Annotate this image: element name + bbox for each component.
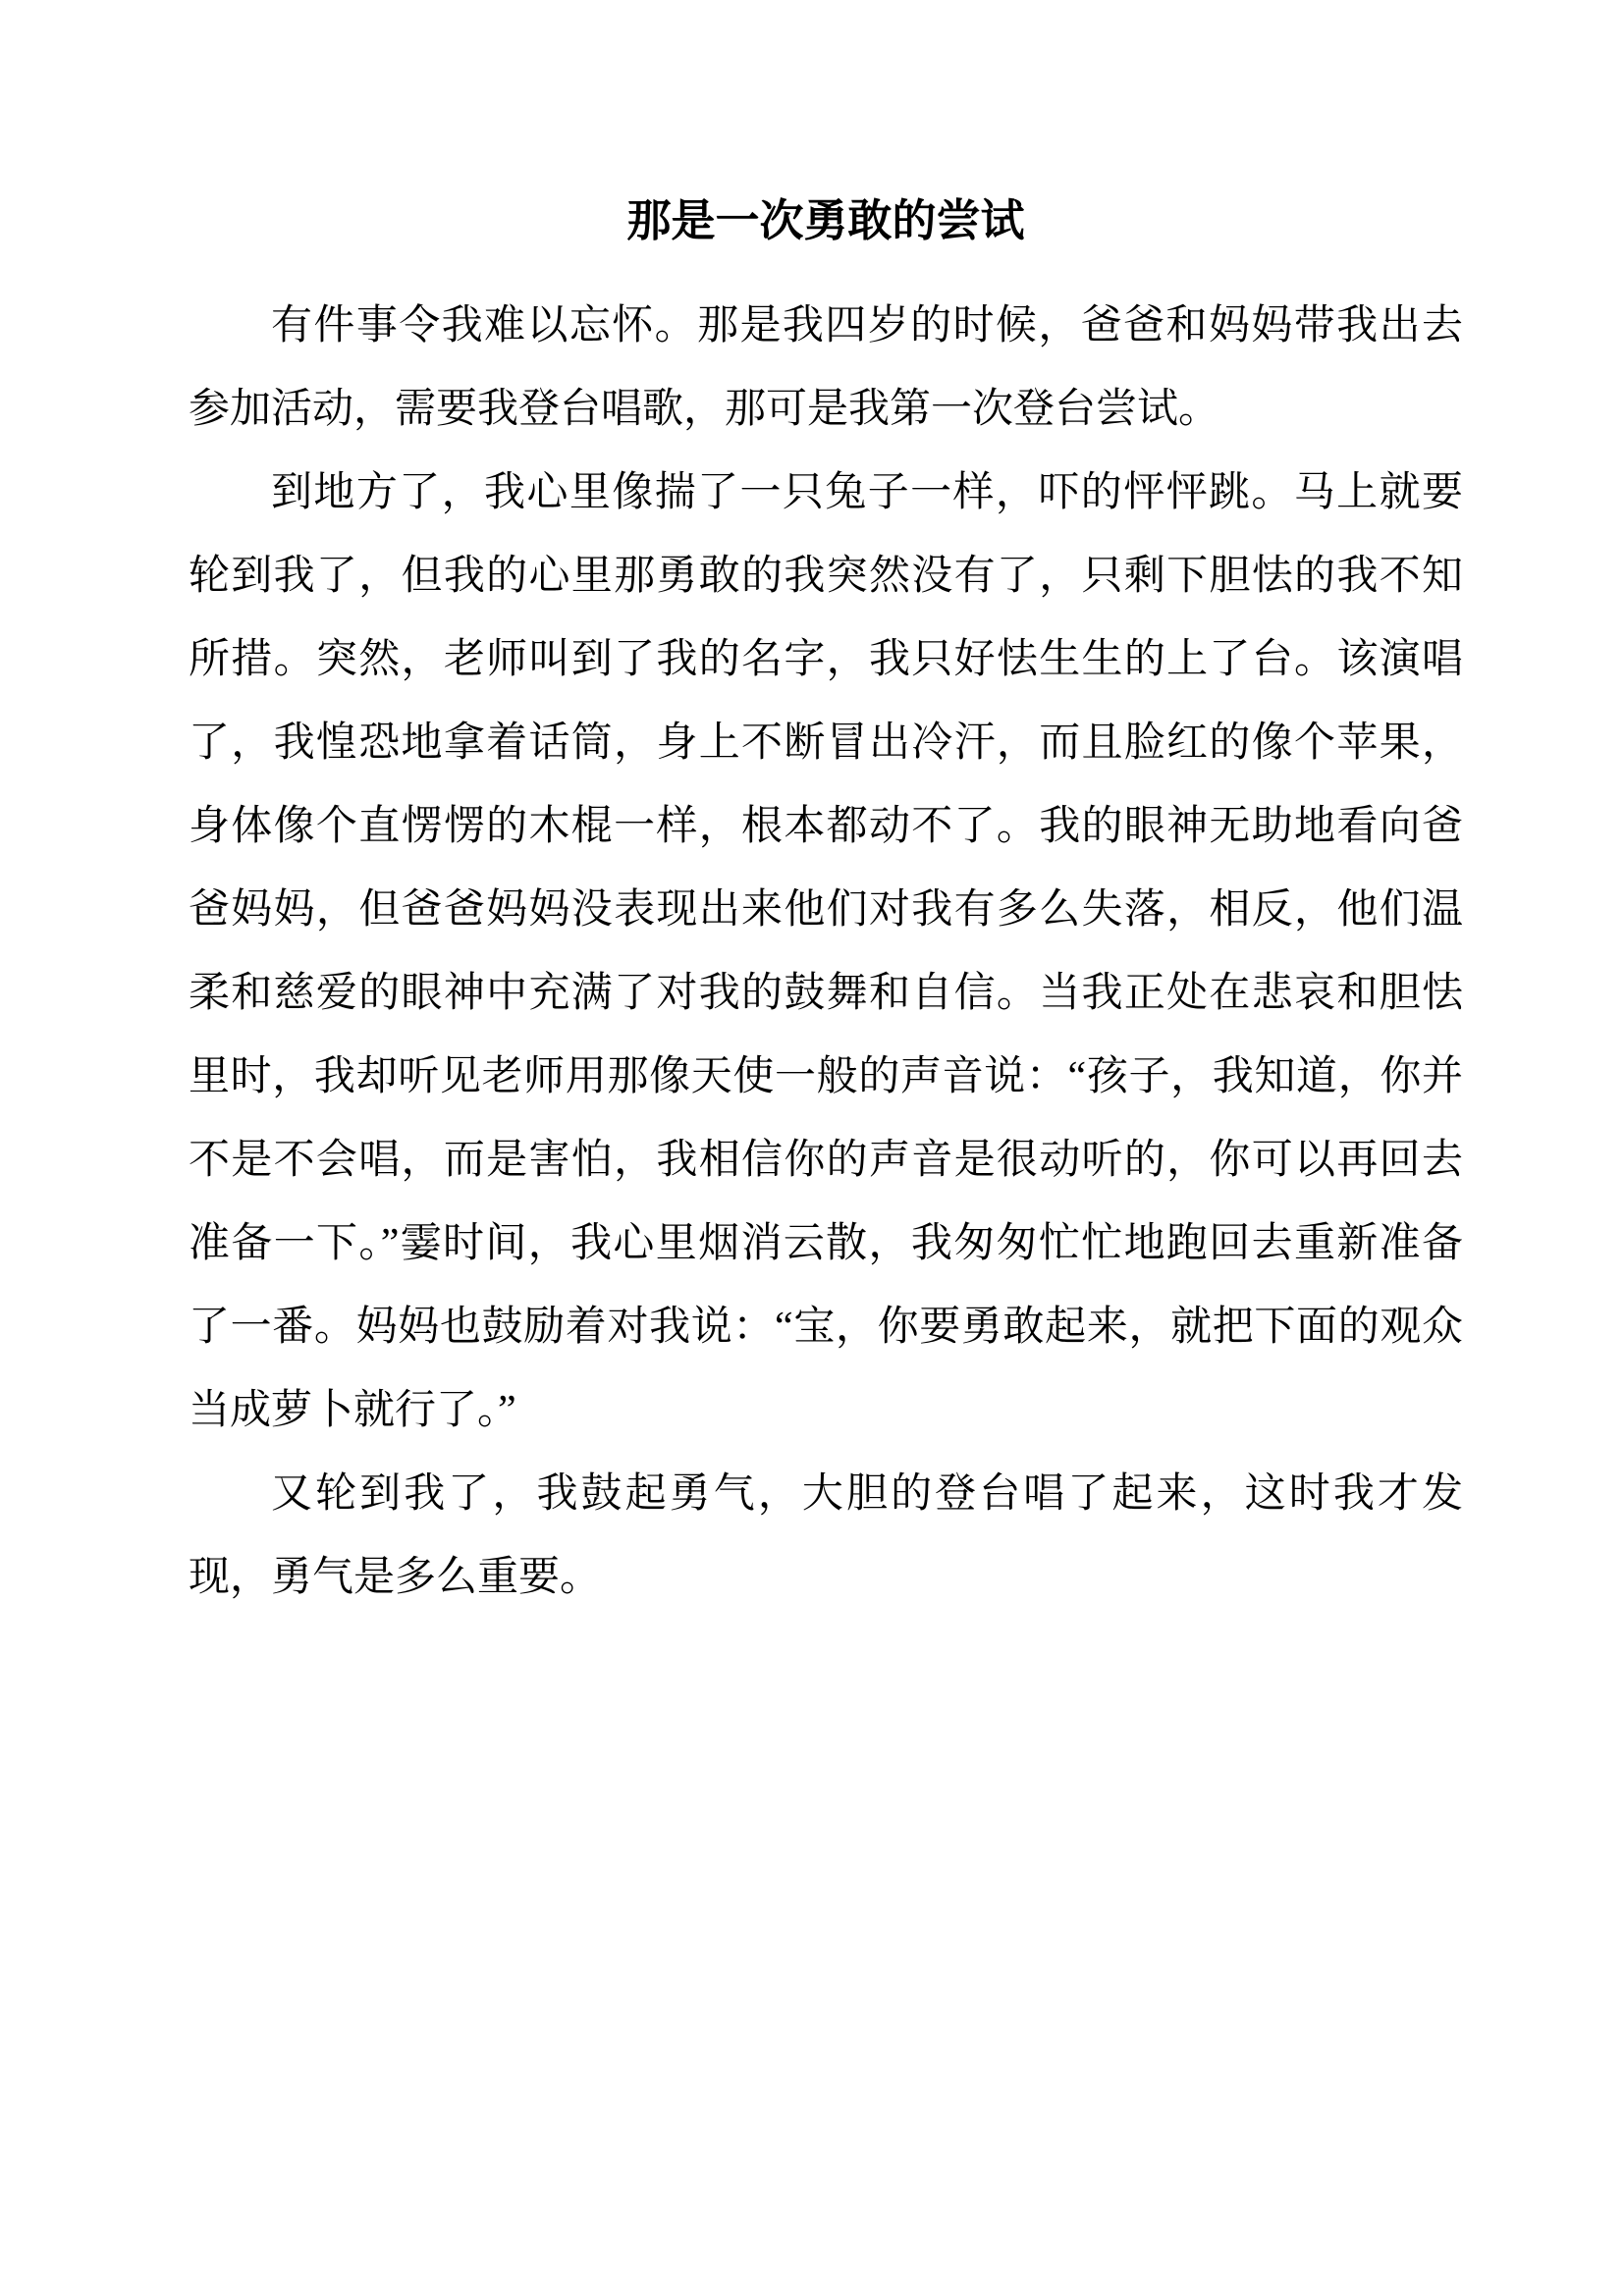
- document-page: 那是一次勇敢的尝试 有件事令我难以忘怀。那是我四岁的时候，爸爸和妈妈带我出去参加…: [0, 0, 1624, 2296]
- essay-paragraph-2: 到地方了，我心里像揣了一只兔子一样，吓的怦怦跳。马上就要轮到我了，但我的心里那勇…: [189, 452, 1463, 1453]
- essay-title: 那是一次勇敢的尝试: [189, 196, 1463, 245]
- essay-paragraph-3: 又轮到我了，我鼓起勇气，大胆的登台唱了起来，这时我才发现，勇气是多么重要。: [189, 1453, 1463, 1620]
- essay-paragraph-1: 有件事令我难以忘怀。那是我四岁的时候，爸爸和妈妈带我出去参加活动，需要我登台唱歌…: [189, 285, 1463, 452]
- essay-body: 有件事令我难以忘怀。那是我四岁的时候，爸爸和妈妈带我出去参加活动，需要我登台唱歌…: [189, 285, 1463, 1620]
